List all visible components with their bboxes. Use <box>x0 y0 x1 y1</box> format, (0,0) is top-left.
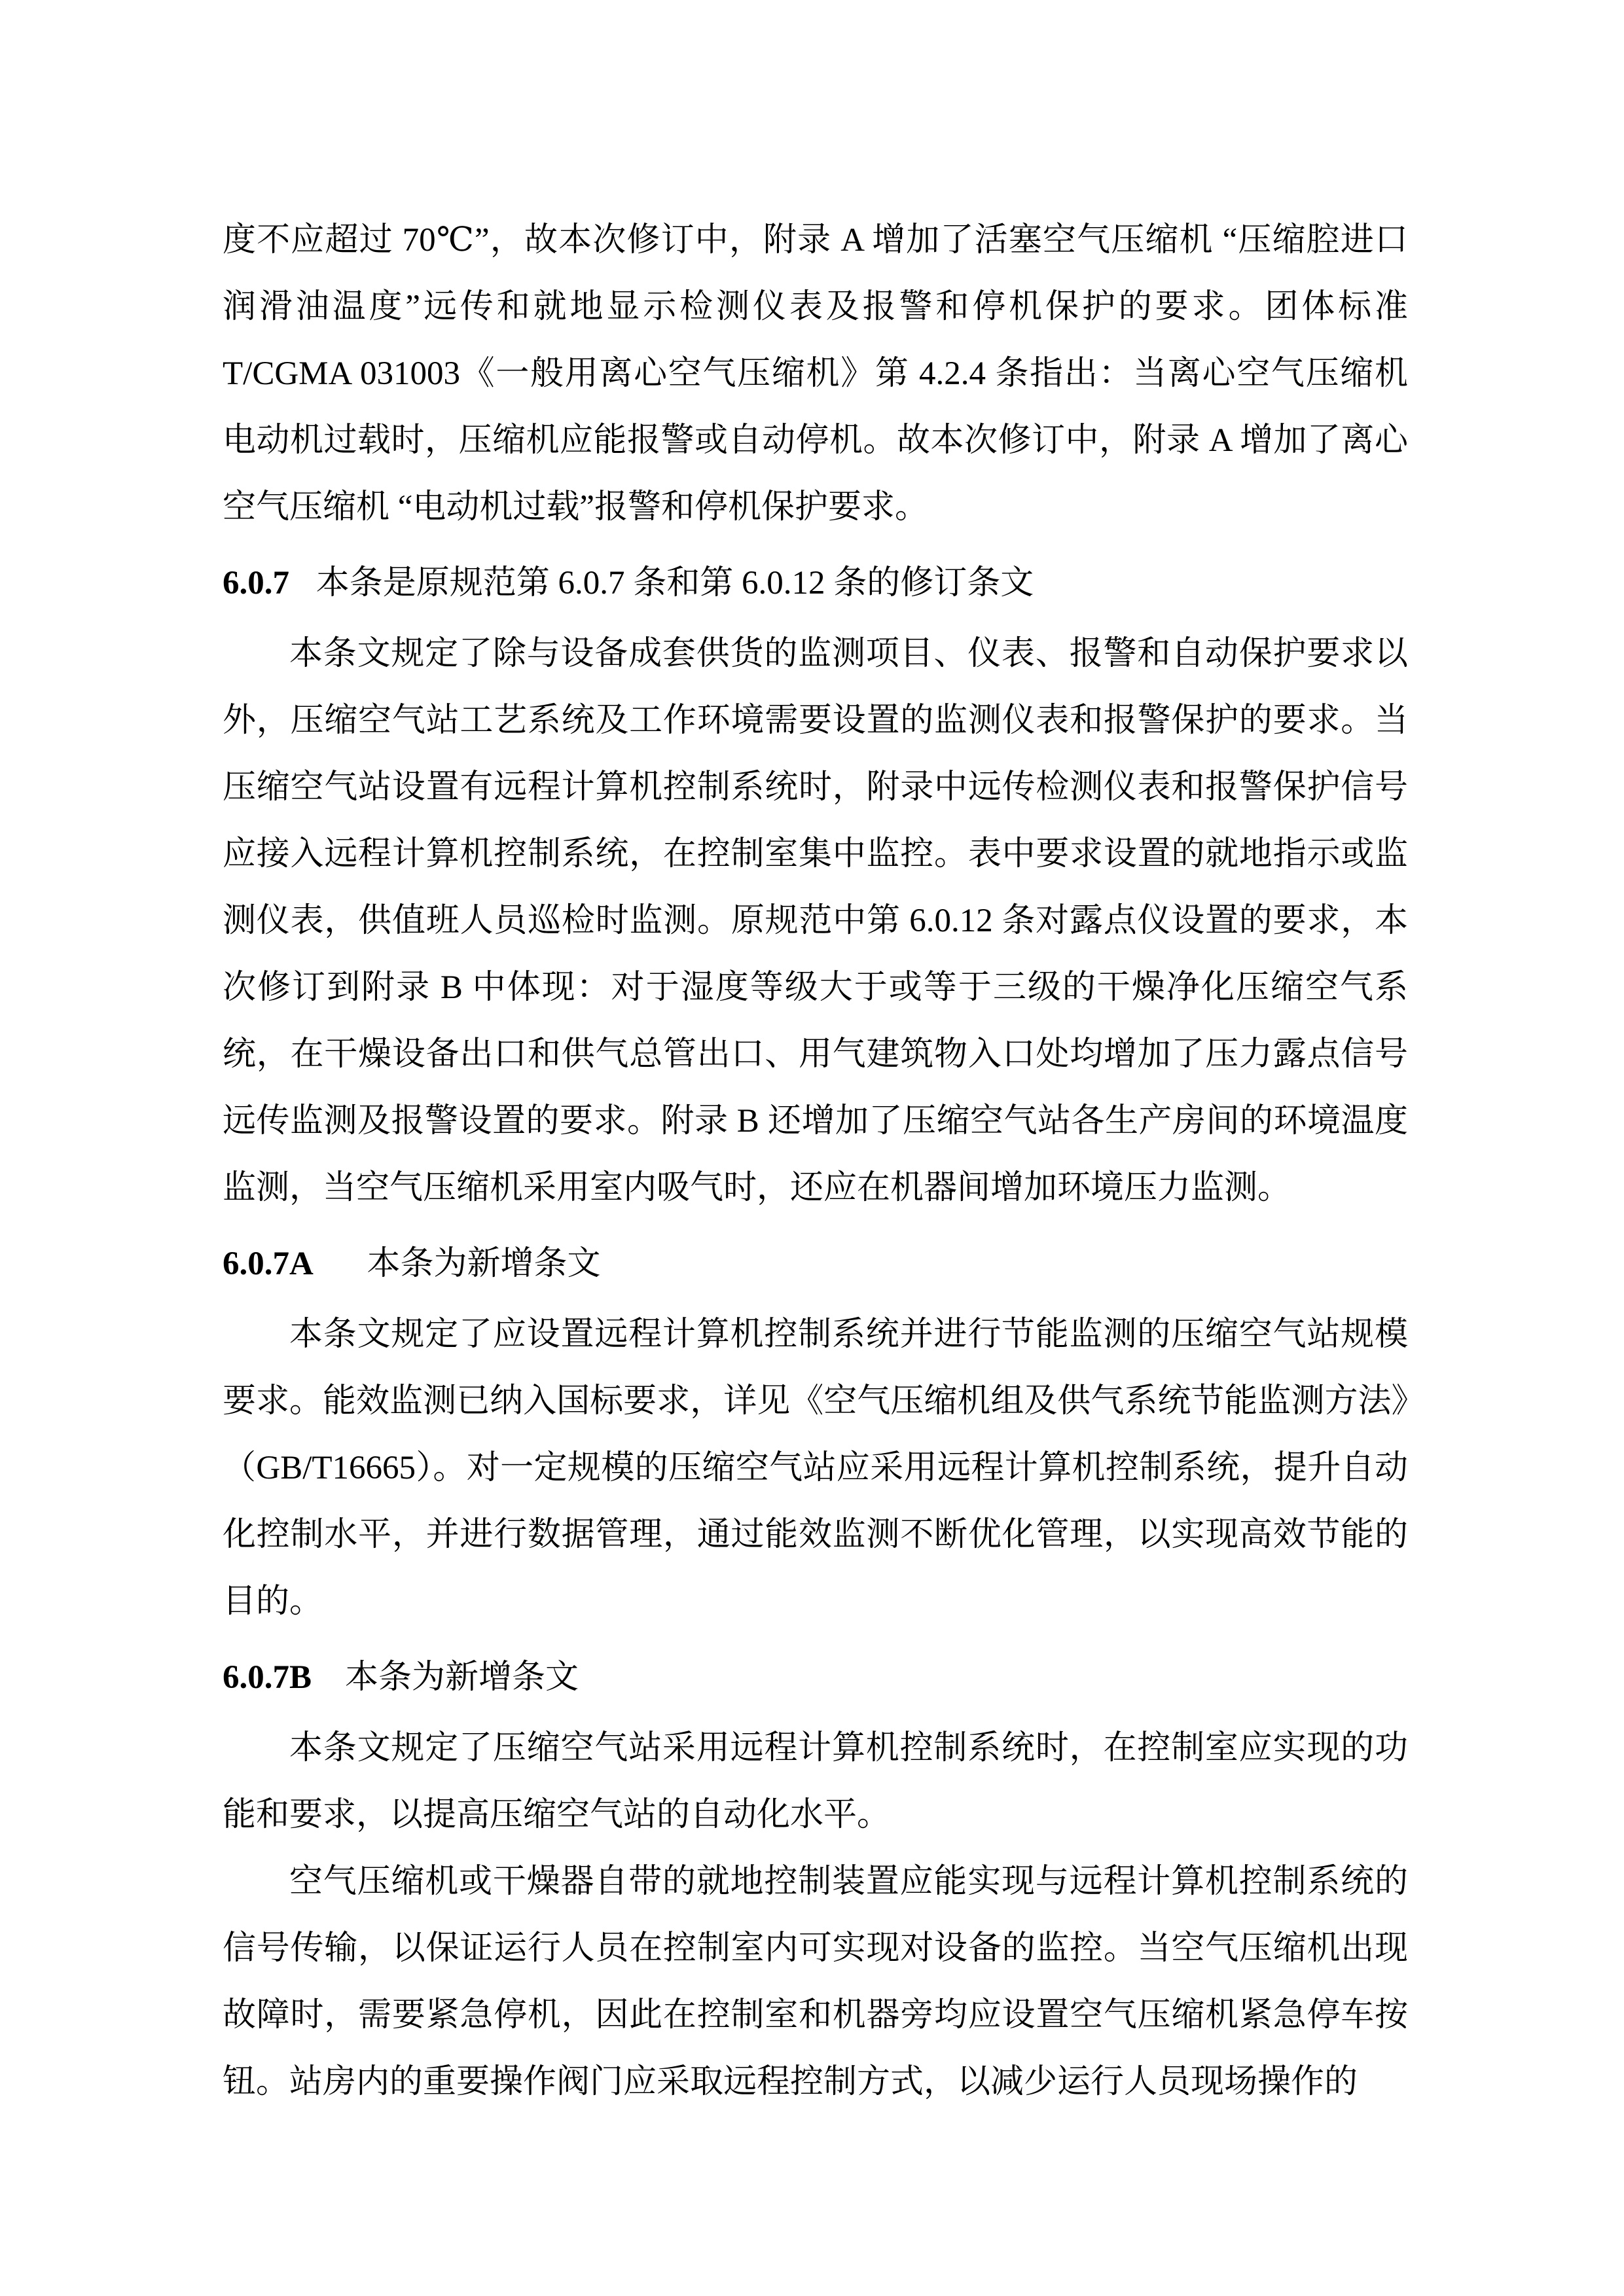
heading-clause-6-0-7a: 6.0.7A本条为新增条文 <box>223 1230 1408 1297</box>
para-clause-6-0-7-commentary: 本条文规定了除与设备成套供货的监测项目、仪表、报警和自动保护要求以外，压缩空气站… <box>223 620 1408 1221</box>
heading-clause-6-0-7b: 6.0.7B本条为新增条文 <box>223 1644 1408 1711</box>
document-page: 度不应超过 70℃”，故本次修订中，附录 A 增加了活塞空气压缩机 “压缩腔进口… <box>0 0 1624 2296</box>
para-clause-6-0-7b-commentary-1: 本条文规定了压缩空气站采用远程计算机控制系统时，在控制室应实现的功能和要求，以提… <box>223 1715 1408 1848</box>
clause-number-6-0-7b: 6.0.7B <box>223 1659 312 1696</box>
clause-title-6-0-7a: 本条为新增条文 <box>367 1246 600 1282</box>
clause-title-6-0-7: 本条是原规范第 6.0.7 条和第 6.0.12 条的修订条文 <box>316 565 1034 601</box>
para-clause-6-0-7b-commentary-2: 空气压缩机或干燥器自带的就地控制装置应能实现与远程计算机控制系统的信号传输，以保… <box>223 1848 1408 2115</box>
clause-number-6-0-7: 6.0.7 <box>223 565 289 601</box>
clause-title-6-0-7b: 本条为新增条文 <box>345 1659 579 1696</box>
heading-clause-6-0-7: 6.0.7本条是原规范第 6.0.7 条和第 6.0.12 条的修订条文 <box>223 550 1408 617</box>
para-clause-6-0-7a-commentary: 本条文规定了应设置远程计算机控制系统并进行节能监测的压缩空气站规模要求。能效监测… <box>223 1301 1408 1635</box>
clause-number-6-0-7a: 6.0.7A <box>223 1246 314 1282</box>
para-continuation-from-previous-page: 度不应超过 70℃”，故本次修订中，附录 A 增加了活塞空气压缩机 “压缩腔进口… <box>223 207 1408 541</box>
